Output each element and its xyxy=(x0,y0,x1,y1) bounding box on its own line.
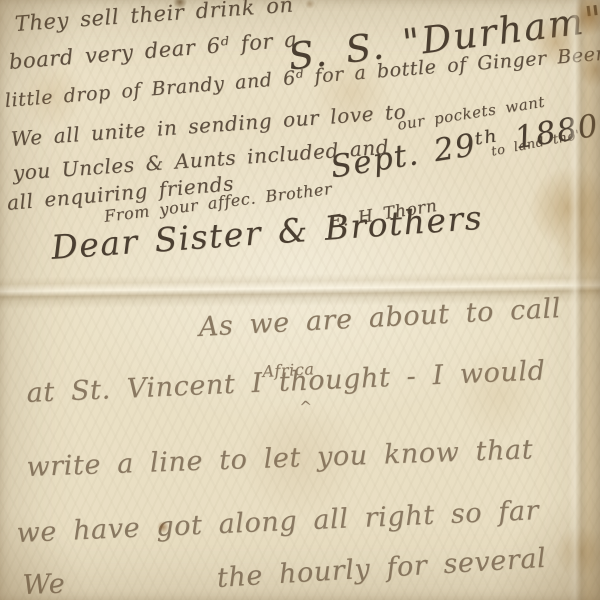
body-line-all-right-so-far: we have got along all right so far xyxy=(16,495,540,549)
body-partial-fragment: the hourly for several xyxy=(216,543,547,594)
caret-mark: ^ xyxy=(299,397,313,416)
vertical-fold-crease xyxy=(568,0,600,600)
line-very-dear: board very dear 6ᵈ for a xyxy=(8,27,298,74)
body-partial-we: We xyxy=(22,569,66,600)
body-line-write-a-line: write a line to let you know that xyxy=(26,434,534,483)
scanned-letter-page: They sell their drink on board very dear… xyxy=(0,0,600,600)
body-line-about-to-call: As we are about to call xyxy=(198,293,562,343)
